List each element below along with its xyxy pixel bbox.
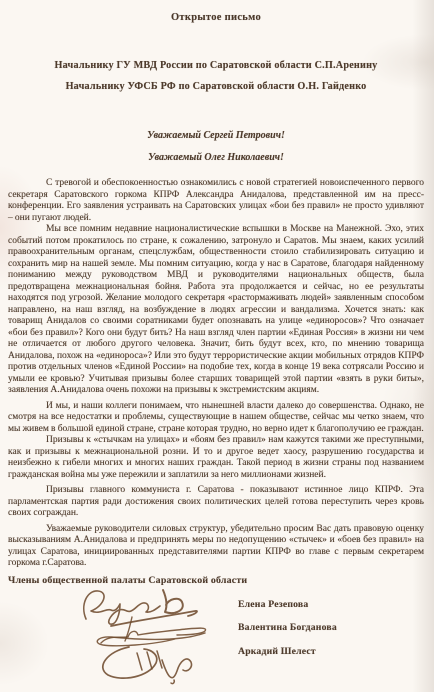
letter-title: Открытое письмо — [8, 11, 424, 24]
signer-name-shelest: Аркадий Шелест — [238, 640, 337, 664]
signature-shelest — [103, 647, 192, 684]
signature-rezepova — [84, 590, 197, 626]
handwritten-signatures-image — [56, 581, 266, 691]
signature-bogdanova — [97, 617, 205, 646]
greeting-line-1: Уважаемый Сергей Петрович! — [8, 125, 424, 147]
paragraph-kprf-face: Призывы главного коммуниста г. Саратова … — [8, 485, 424, 520]
paragraph-authority: И мы, и наши коллеги понимаем, что нынеш… — [8, 401, 424, 436]
paragraph-intro: С тревогой и обеспокоенностью ознакомили… — [8, 178, 424, 224]
signature-area: Елена Резепова Валентина Богданова Аркад… — [8, 587, 424, 692]
signer-name-rezepova: Елена Резепова — [238, 593, 337, 617]
paragraph-street-fights: Призывы к «стычкам на улицах» и «боям бе… — [8, 435, 424, 481]
signer-names: Елена Резепова Валентина Богданова Аркад… — [238, 593, 337, 664]
paragraph-nationalism: Мы все помним недавние националистически… — [8, 224, 424, 397]
addressee-line-mvd: Начальнику ГУ МВД России по Саратовской … — [8, 55, 424, 76]
greeting-line-2: Уважаемый Олег Николаевич! — [8, 147, 424, 169]
greeting-block: Уважаемый Сергей Петрович! Уважаемый Оле… — [8, 125, 424, 168]
letter-body: С тревогой и обеспокоенностью ознакомили… — [8, 178, 424, 570]
addressee-line-ufsb: Начальнику УФСБ РФ по Саратовской област… — [8, 76, 424, 97]
signer-name-bogdanova: Валентина Богданова — [238, 616, 337, 640]
scanned-letter-page: Открытое письмо Начальнику ГУ МВД России… — [0, 0, 434, 692]
paragraph-request: Уважаемые руководители силовых структур,… — [8, 524, 424, 570]
addressee-block: Начальнику ГУ МВД России по Саратовской … — [8, 55, 424, 97]
